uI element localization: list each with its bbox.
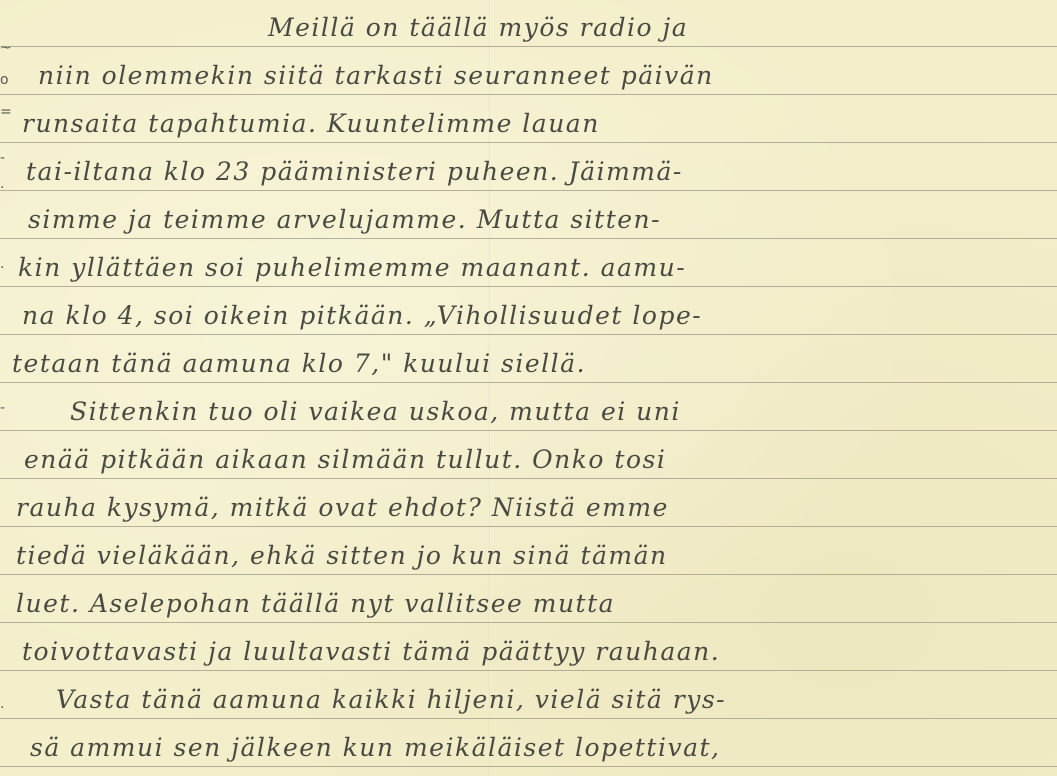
- letter-line: kin yllättäen soi puhelimemme maanant. a…: [0, 248, 1057, 288]
- letter-line: Meillä on täällä myös radio ja: [0, 8, 1057, 48]
- letter-line: toivottavasti ja luultavasti tämä päätty…: [0, 632, 1057, 672]
- letter-line: niin olemmekin siitä tarkasti seuranneet…: [0, 56, 1057, 96]
- letter-line: runsaita tapahtumia. Kuuntelimme lauan: [0, 104, 1057, 144]
- letter-line: rauha kysymä, mitkä ovat ehdot? Niistä e…: [0, 488, 1057, 528]
- letter-line: Vasta tänä aamuna kaikki hiljeni, vielä …: [0, 680, 1057, 720]
- letter-line: sä ammui sen jälkeen kun meikäläiset lop…: [0, 728, 1057, 768]
- letter-line: na klo 4, soi oikein pitkään. „Vihollisu…: [0, 296, 1057, 336]
- letter-line: Sittenkin tuo oli vaikea uskoa, mutta ei…: [0, 392, 1057, 432]
- letter-line: simme ja teimme arvelujamme. Mutta sitte…: [0, 200, 1057, 240]
- letter-line: enää pitkään aikaan silmään tullut. Onko…: [0, 440, 1057, 480]
- letter-line: tai-iltana klo 23 pääministeri puheen. J…: [0, 152, 1057, 192]
- letter-line: tiedä vieläkään, ehkä sitten jo kun sinä…: [0, 536, 1057, 576]
- letter-line: tetaan tänä aamuna klo 7," kuului siellä…: [0, 344, 1057, 384]
- letter-line: luet. Aselepohan täällä nyt vallitsee mu…: [0, 584, 1057, 624]
